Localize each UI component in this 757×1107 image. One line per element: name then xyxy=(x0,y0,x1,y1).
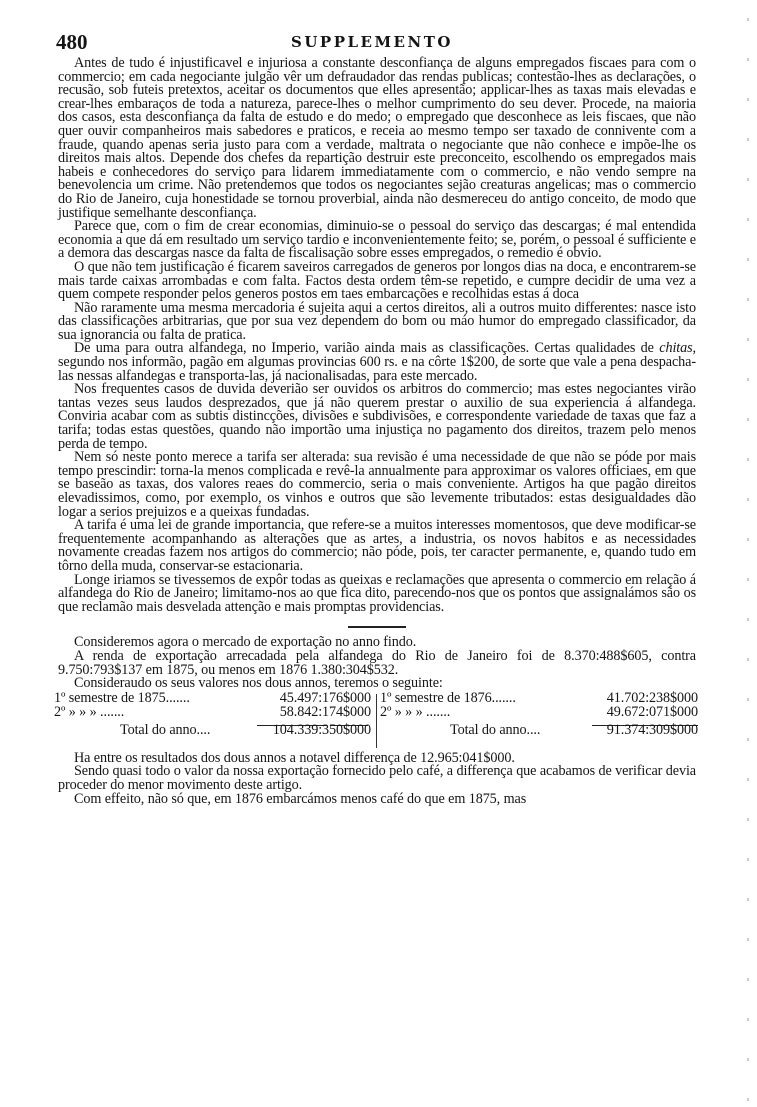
paragraph: Nem só neste ponto merece a tarifa ser a… xyxy=(58,451,696,519)
paragraph: Com effeito, não só que, em 1876 embarcá… xyxy=(58,793,696,807)
section-divider xyxy=(348,626,406,628)
paragraph: Longe iriamos se tivessemos de expôr tod… xyxy=(58,574,696,615)
paragraph-chitas: De uma para outra alfandega, no Imperio,… xyxy=(58,342,696,383)
total-value: 104.339:350$000 xyxy=(273,724,371,738)
paragraph: O que não tem justificação é ficarem sav… xyxy=(58,261,696,302)
total-label: Total do anno.... xyxy=(120,724,210,738)
export-considering: Consideraudo os seus valores nos dous an… xyxy=(58,677,696,691)
paragraph: Parece que, com o fim de crear economias… xyxy=(58,220,696,261)
column-divider xyxy=(376,694,377,748)
total-row: Total do anno.... 104.339:350$000 xyxy=(54,724,374,740)
paragraph: A tarifa é uma lei de grande importancia… xyxy=(58,519,696,573)
row-label: 2º » » » ....... xyxy=(54,706,124,720)
running-head: SUPPLEMENTO xyxy=(291,33,453,51)
paragraph: Antes de tudo é injustificavel e injurio… xyxy=(58,57,696,220)
export-revenue: A renda de exportação arrecadada pela al… xyxy=(58,650,696,677)
book-page: 480 SUPPLEMENTO Antes de tudo é injustif… xyxy=(0,0,757,1107)
italic-term: chitas xyxy=(659,340,692,356)
scan-margin-artifact xyxy=(747,0,749,1107)
export-comparison-table: 1º semestre de 1875....... 45.497:176$00… xyxy=(58,692,696,752)
row-value: 58.842:174$000 xyxy=(280,706,371,720)
total-row: Total do anno.... 91.374:309$000 xyxy=(380,724,698,740)
export-analysis: Ha entre os resultados dos dous annos a … xyxy=(58,752,696,806)
table-row: 2º » » » ....... 58.842:174$000 xyxy=(54,706,374,720)
table-column-1875: 1º semestre de 1875....... 45.497:176$00… xyxy=(54,692,374,740)
row-label: 2º » » » ....... xyxy=(380,706,450,720)
total-label: Total do anno.... xyxy=(450,724,540,738)
page-number: 480 xyxy=(56,30,88,55)
table-column-1876: 1º semestre de 1876....... 41.702:238$00… xyxy=(380,692,698,740)
body-text: Antes de tudo é injustificavel e injurio… xyxy=(58,57,696,806)
paragraph: Sendo quasi todo o valor da nossa export… xyxy=(58,765,696,792)
row-value: 49.672:071$000 xyxy=(607,706,698,720)
total-value: 91.374:309$000 xyxy=(607,724,698,738)
paragraph: Não raramente uma mesma mercadoria é suj… xyxy=(58,302,696,343)
page-header: 480 SUPPLEMENTO xyxy=(56,30,696,52)
table-row: 2º » » » ....... 49.672:071$000 xyxy=(380,706,698,720)
paragraph: Nos frequentes casos de duvida deverião … xyxy=(58,383,696,451)
